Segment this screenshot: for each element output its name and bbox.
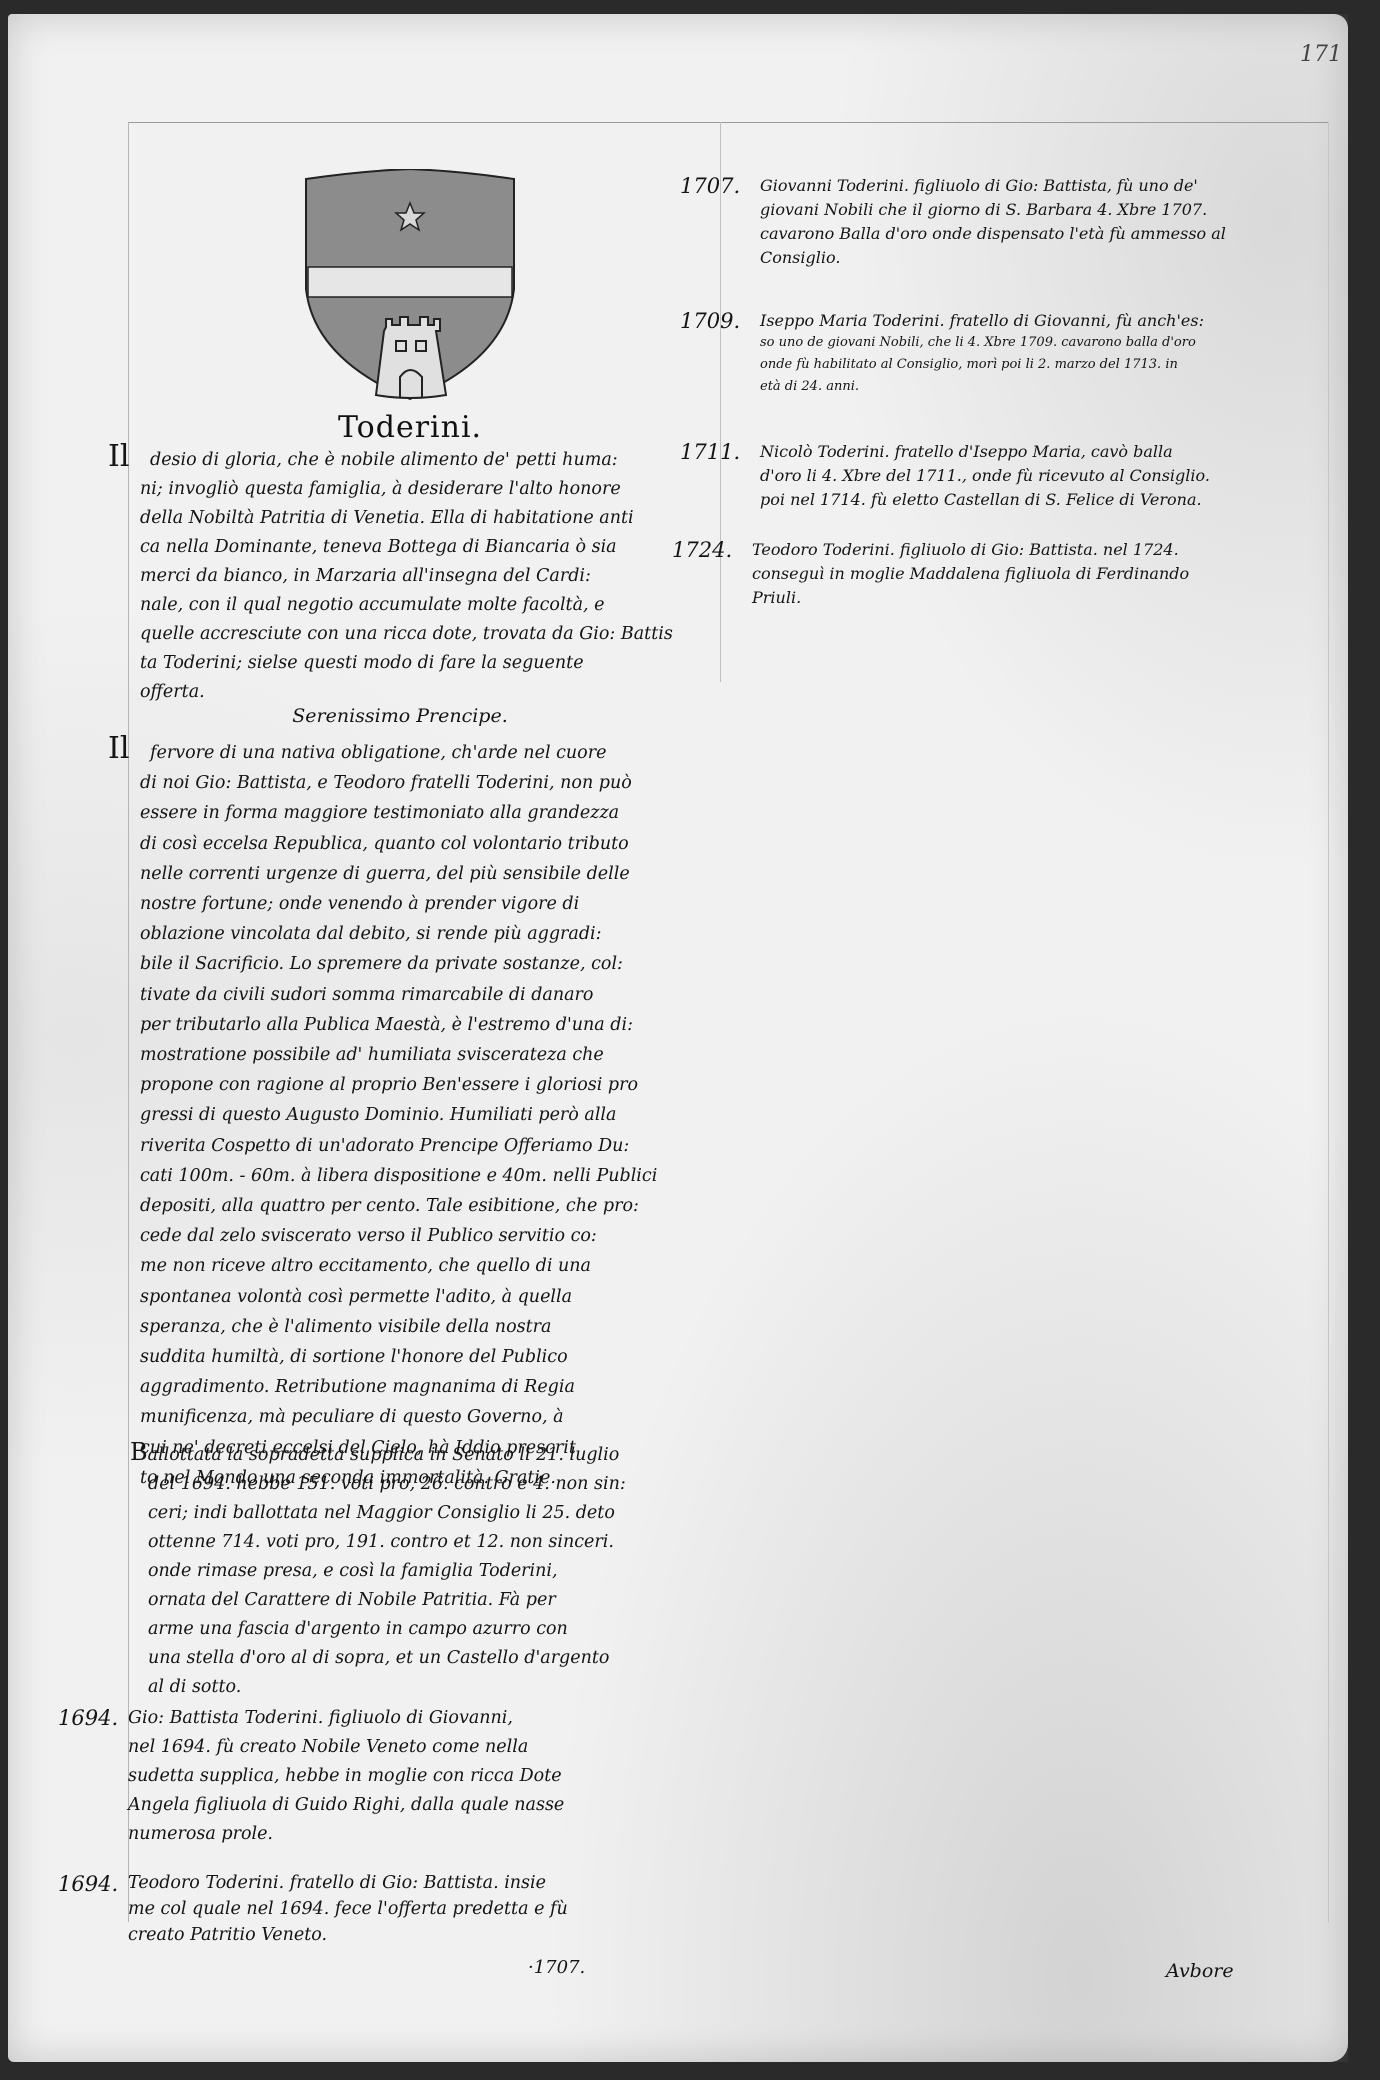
family-name-heading: Toderini.	[338, 410, 482, 445]
text-line: del 1694. hebbe 151. voti pro, 26. contr…	[130, 1470, 626, 1499]
entry-year: 1694.	[58, 1704, 118, 1733]
entry-year: 1724.	[672, 538, 732, 562]
entry-year: 1711.	[680, 440, 740, 464]
text-line: onde fù habilitato al Consiglio, morì po…	[760, 354, 1204, 376]
column-divider-line	[720, 122, 721, 682]
entry-year: 1694.	[58, 1870, 118, 1899]
text-line: Consiglio.	[760, 246, 1226, 270]
salutation: Serenissimo Prencipe.	[140, 702, 660, 731]
text-line: so uno de giovani Nobili, che li 4. Xbre…	[760, 332, 1204, 354]
text-line: desio di gloria, che è nobile alimento d…	[140, 446, 673, 475]
top-ruling-line	[128, 122, 1328, 123]
right-margin-line	[1328, 122, 1329, 1922]
text-line: Teodoro Toderini. fratello di Gio: Batti…	[128, 1870, 568, 1896]
text-line: ni; invogliò questa famiglia, à desidera…	[140, 475, 673, 504]
text-line: numerosa prole.	[128, 1820, 564, 1849]
petition-paragraph: Il fervore di una nativa obligatione, ch…	[140, 738, 657, 1493]
text-line: Angela figliuola di Guido Righi, dalla q…	[128, 1791, 564, 1820]
text-line: Nicolò Toderini. fratello d'Iseppo Maria…	[760, 440, 1210, 464]
text-line: ceri; indi ballottata nel Maggior Consig…	[130, 1499, 626, 1528]
text-line: d'oro li 4. Xbre del 1711., onde fù rice…	[760, 464, 1210, 488]
fess-band	[308, 267, 512, 297]
text-line: Giovanni Toderini. figliuolo di Gio: Bat…	[760, 174, 1226, 198]
entry-year: 1707.	[680, 174, 740, 198]
text-line: della Nobiltà Patritia di Venetia. Ella …	[140, 504, 673, 533]
author-signature: Avbore	[1166, 1960, 1234, 1982]
text-line: al di sotto.	[130, 1673, 626, 1702]
text-line: nel 1694. fù creato Nobile Veneto come n…	[128, 1733, 564, 1762]
text-line: cede dal zelo sviscerato verso il Public…	[140, 1221, 657, 1251]
drop-cap: Il	[108, 442, 129, 471]
text-line: cati 100m. - 60m. à libera dispositione …	[140, 1161, 657, 1191]
text-line: nelle correnti urgenze di guerra, del pi…	[140, 859, 657, 889]
text-line: depositi, alla quattro per cento. Tale e…	[140, 1191, 657, 1221]
text-line: conseguì in moglie Maddalena figliuola d…	[752, 562, 1189, 586]
drop-cap: Il	[108, 734, 129, 764]
text-line: me non riceve altro eccitamento, che que…	[140, 1251, 657, 1281]
castle-icon	[376, 317, 446, 398]
text-line: me col quale nel 1694. fece l'offerta pr…	[128, 1896, 568, 1922]
text-line: età di 24. anni.	[760, 376, 1204, 398]
left-margin-line	[128, 122, 129, 1922]
entry-year: 1709.	[680, 310, 740, 332]
text-line: di noi Gio: Battista, e Teodoro fratelli…	[140, 768, 657, 798]
text-line: essere in forma maggiore testimoniato al…	[140, 798, 657, 828]
text-line: onde rimase presa, e così la famiglia To…	[130, 1557, 626, 1586]
text-line: giovani Nobili che il giorno di S. Barba…	[760, 198, 1226, 222]
text-line: aggradimento. Retributione magnanima di …	[140, 1372, 657, 1402]
text-line: suddita humiltà, di sortione l'honore de…	[140, 1342, 657, 1372]
intro-paragraph: Il desio di gloria, che è nobile aliment…	[140, 446, 673, 707]
text-line: munificenza, mà peculiare di questo Gove…	[140, 1402, 657, 1432]
text-line: mostratione possibile ad' humiliata svis…	[140, 1040, 657, 1070]
text-line: Gio: Battista Toderini. figliuolo di Gio…	[128, 1704, 564, 1733]
manuscript-page: 171 Toderini. Il desio di gloria, che è …	[8, 14, 1348, 2062]
text-line: nale, con il qual negotio accumulate mol…	[140, 591, 673, 620]
ballot-paragraph: Ballottata la sopradetta supplica in Sen…	[130, 1438, 626, 1702]
text-line: creato Patritio Veneto.	[128, 1922, 568, 1948]
folio-number: 171	[1300, 42, 1342, 67]
text-line: arme una fascia d'argento in campo azurr…	[130, 1615, 626, 1644]
text-line: gressi di questo Augusto Dominio. Humili…	[140, 1100, 657, 1130]
text-line: fervore di una nativa obligatione, ch'ar…	[140, 738, 657, 768]
text-line: allottata la sopradetta supplica in Sena…	[148, 1445, 620, 1465]
text-line: riverita Cospetto di un'adorato Prencipe…	[140, 1131, 657, 1161]
drop-cap: B	[130, 1438, 148, 1466]
text-line: per tributarlo alla Publica Maestà, è l'…	[140, 1010, 657, 1040]
text-line: di così eccelsa Republica, quanto col vo…	[140, 829, 657, 859]
text-line: speranza, che è l'alimento visibile dell…	[140, 1312, 657, 1342]
text-line: quelle accresciute con una ricca dote, t…	[140, 620, 673, 649]
text-line: ta Toderini; sielse questi modo di fare …	[140, 649, 673, 678]
text-line: Priuli.	[752, 586, 1189, 610]
coat-of-arms-shield-icon	[300, 169, 520, 401]
text-line: ottenne 714. voti pro, 191. contro et 12…	[130, 1528, 626, 1557]
text-line: spontanea volontà così permette l'adito,…	[140, 1282, 657, 1312]
text-line: merci da bianco, in Marzaria all'insegna…	[140, 562, 673, 591]
text-line: oblazione vincolata dal debito, si rende…	[140, 919, 657, 949]
text-line: sudetta supplica, hebbe in moglie con ri…	[128, 1762, 564, 1791]
text-line: Iseppo Maria Toderini. fratello di Giova…	[760, 310, 1204, 332]
text-line: ca nella Dominante, teneva Bottega di Bi…	[140, 533, 673, 562]
text-line: ornata del Carattere di Nobile Patritia.…	[130, 1586, 626, 1615]
text-line: cavarono Balla d'oro onde dispensato l'e…	[760, 222, 1226, 246]
text-line: poi nel 1714. fù eletto Castellan di S. …	[760, 488, 1210, 512]
text-line: Teodoro Toderini. figliuolo di Gio: Batt…	[752, 538, 1189, 562]
text-line: una stella d'oro al di sopra, et un Cast…	[130, 1644, 626, 1673]
text-line: bile il Sacrificio. Lo spremere da priva…	[140, 949, 657, 979]
text-line: nostre fortune; onde venendo à prender v…	[140, 889, 657, 919]
date-mark: ·1707.	[528, 1957, 585, 1978]
text-line: propone con ragione al proprio Ben'esser…	[140, 1070, 657, 1100]
text-line: tivate da civili sudori somma rimarcabil…	[140, 980, 657, 1010]
